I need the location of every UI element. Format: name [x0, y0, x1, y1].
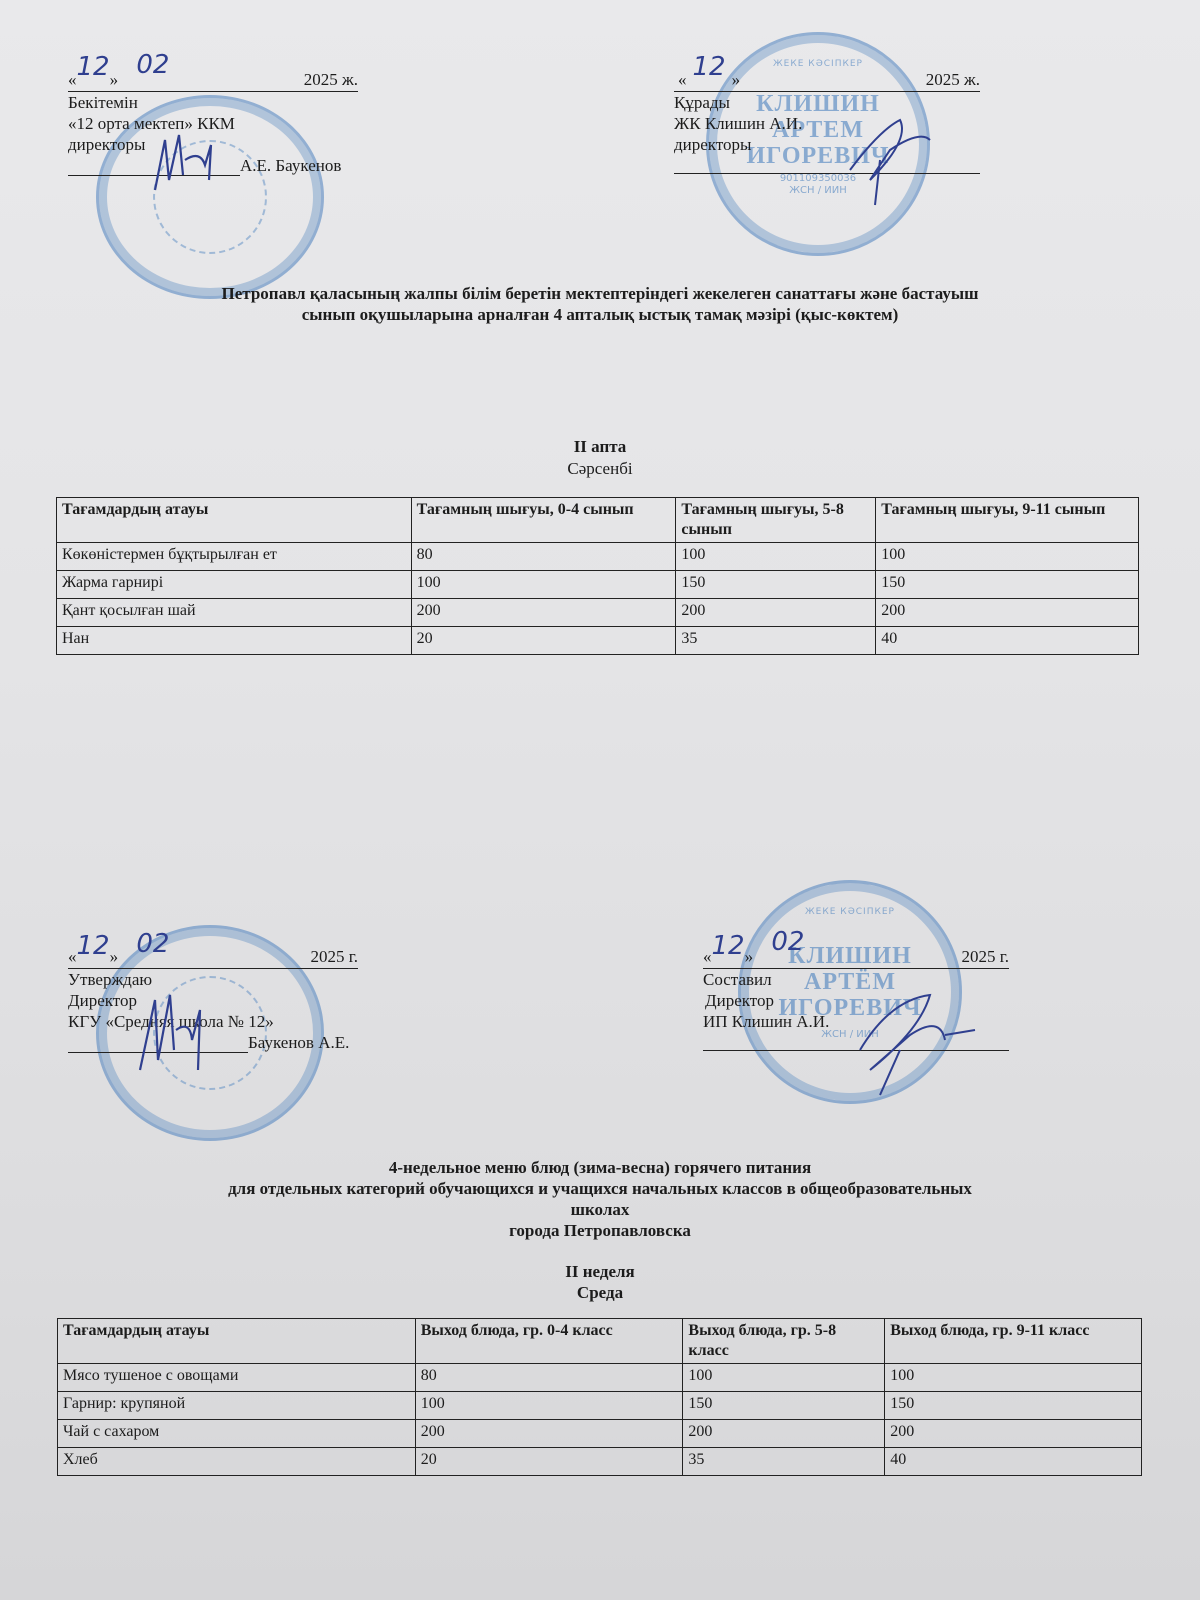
column-header-grade-5-8: Выход блюда, гр. 5-8 класс	[683, 1319, 885, 1364]
ru-week-label: II неделя	[0, 1261, 1200, 1282]
ru-approval-right: «12» 02 2025 г. Составил Директор ИП Кли…	[703, 945, 1009, 1051]
signature-line	[68, 1034, 248, 1053]
column-header-grade-9-11: Тағамның шығуы, 9-11 сынып	[876, 498, 1139, 543]
portion-5-8: 100	[683, 1364, 885, 1392]
table-row: Гарнир: крупяной 100 150 150	[58, 1392, 1142, 1420]
portion-0-4: 200	[411, 599, 676, 627]
dish-name: Қант қосылған шай	[57, 599, 412, 627]
portion-5-8: 200	[683, 1420, 885, 1448]
table-header-row: Тағамдардың атауы Тағамның шығуы, 0-4 сы…	[57, 498, 1139, 543]
approval-line-3: ИП Клишин А.И.	[703, 1011, 1009, 1032]
table-row: Нан 20 35 40	[57, 627, 1139, 655]
dish-name: Жарма гарнирі	[57, 571, 412, 599]
approval-line-2: «12 орта мектеп» ККМ	[68, 113, 358, 134]
table-row: Хлеб 20 35 40	[58, 1448, 1142, 1476]
column-header-dish: Тағамдардың атауы	[58, 1319, 416, 1364]
approval-line-2: Директор	[705, 990, 1009, 1011]
ru-menu-table: Тағамдардың атауы Выход блюда, гр. 0-4 к…	[57, 1318, 1142, 1476]
table-row: Чай с сахаром 200 200 200	[58, 1420, 1142, 1448]
portion-0-4: 100	[411, 571, 676, 599]
signer-name: А.Е. Баукенов	[240, 155, 341, 176]
portion-0-4: 200	[415, 1420, 683, 1448]
approval-line-3: директоры	[68, 134, 358, 155]
portion-5-8: 35	[676, 627, 876, 655]
portion-9-11: 40	[876, 627, 1139, 655]
date-line: «12» 02 2025 ж.	[68, 68, 358, 92]
date-day: «12» 02	[703, 944, 804, 967]
portion-0-4: 100	[415, 1392, 683, 1420]
approval-line-3: директоры	[674, 134, 980, 155]
stamp-subtitle: ЖЕКЕ КӘСІПКЕР	[805, 907, 895, 917]
table-row: Жарма гарнирі 100 150 150	[57, 571, 1139, 599]
approval-line-3: КГУ «Средняя школа № 12»	[68, 1011, 358, 1032]
approval-line-1: Құрады	[674, 92, 980, 113]
portion-5-8: 200	[676, 599, 876, 627]
approval-line-1: Составил	[703, 969, 1009, 990]
signer-name: Баукенов А.Е.	[248, 1032, 349, 1053]
kz-week-label: II апта	[0, 436, 1200, 457]
approval-line-2: Директор	[68, 990, 358, 1011]
portion-9-11: 100	[876, 543, 1139, 571]
signature-line	[68, 157, 240, 176]
approval-line-2: ЖК Клишин А.И.	[674, 113, 980, 134]
portion-9-11: 200	[876, 599, 1139, 627]
portion-9-11: 40	[885, 1448, 1142, 1476]
date-year: 2025 ж.	[926, 69, 980, 90]
portion-0-4: 20	[411, 627, 676, 655]
ru-menu-title-line-2: для отдельных категорий обучающихся и уч…	[0, 1178, 1200, 1199]
column-header-grade-0-4: Тағамның шығуы, 0-4 сынып	[411, 498, 676, 543]
signature-line	[703, 1032, 1009, 1051]
kz-day-label: Сәрсенбі	[0, 458, 1200, 479]
approval-line-1: Утверждаю	[68, 969, 358, 990]
table-header-row: Тағамдардың атауы Выход блюда, гр. 0-4 к…	[58, 1319, 1142, 1364]
ru-menu-title-line-1: 4-недельное меню блюд (зима-весна) горяч…	[0, 1157, 1200, 1178]
portion-0-4: 80	[415, 1364, 683, 1392]
ru-menu-title-line-3: школах	[0, 1199, 1200, 1220]
date-month: 02	[136, 50, 169, 80]
kz-menu-title-line-2: сынып оқушыларына арналған 4 апталық ыст…	[0, 304, 1200, 325]
table-row: Қант қосылған шай 200 200 200	[57, 599, 1139, 627]
stamp-id: 901109350036	[780, 173, 856, 185]
signature-line	[674, 155, 980, 174]
column-header-grade-0-4: Выход блюда, гр. 0-4 класс	[415, 1319, 683, 1364]
date-year: 2025 ж.	[304, 69, 358, 90]
date-year: 2025 г.	[961, 946, 1009, 967]
dish-name: Көкөністермен бұқтырылған ет	[57, 543, 412, 571]
column-header-grade-9-11: Выход блюда, гр. 9-11 класс	[885, 1319, 1142, 1364]
portion-5-8: 150	[683, 1392, 885, 1420]
stamp-id-label: ЖСН / ИИН	[789, 185, 846, 197]
date-month: 02	[136, 929, 169, 959]
column-header-grade-5-8: Тағамның шығуы, 5-8 сынып	[676, 498, 876, 543]
kz-menu-table: Тағамдардың атауы Тағамның шығуы, 0-4 сы…	[56, 497, 1139, 655]
column-header-dish: Тағамдардың атауы	[57, 498, 412, 543]
dish-name: Хлеб	[58, 1448, 416, 1476]
date-day: «12»	[678, 67, 740, 90]
portion-9-11: 100	[885, 1364, 1142, 1392]
kz-approval-right: «12» 2025 ж. Құрады ЖК Клишин А.И. дирек…	[674, 68, 980, 174]
date-month: 02	[771, 927, 804, 957]
dish-name: Нан	[57, 627, 412, 655]
dish-name: Мясо тушеное с овощами	[58, 1364, 416, 1392]
portion-5-8: 150	[676, 571, 876, 599]
date-line: «12» 2025 ж.	[674, 68, 980, 92]
ru-approval-left: «12» 02 2025 г. Утверждаю Директор КГУ «…	[68, 945, 358, 1053]
ru-menu-title-line-4: города Петропавловска	[0, 1220, 1200, 1241]
kz-approval-left: «12» 02 2025 ж. Бекітемін «12 орта мекте…	[68, 68, 358, 176]
date-day: «12» 02	[68, 944, 169, 967]
table-row: Мясо тушеное с овощами 80 100 100	[58, 1364, 1142, 1392]
ru-day-label: Среда	[0, 1282, 1200, 1303]
date-day: «12» 02	[68, 67, 169, 90]
kz-menu-title-line-1: Петропавл қаласының жалпы білім беретін …	[0, 283, 1200, 304]
portion-9-11: 150	[885, 1392, 1142, 1420]
date-line: «12» 02 2025 г.	[703, 945, 1009, 969]
portion-5-8: 100	[676, 543, 876, 571]
portion-0-4: 80	[411, 543, 676, 571]
dish-name: Гарнир: крупяной	[58, 1392, 416, 1420]
date-line: «12» 02 2025 г.	[68, 945, 358, 969]
portion-9-11: 150	[876, 571, 1139, 599]
dish-name: Чай с сахаром	[58, 1420, 416, 1448]
portion-9-11: 200	[885, 1420, 1142, 1448]
portion-0-4: 20	[415, 1448, 683, 1476]
date-year: 2025 г.	[310, 946, 358, 967]
table-row: Көкөністермен бұқтырылған ет 80 100 100	[57, 543, 1139, 571]
portion-5-8: 35	[683, 1448, 885, 1476]
approval-line-1: Бекітемін	[68, 92, 358, 113]
